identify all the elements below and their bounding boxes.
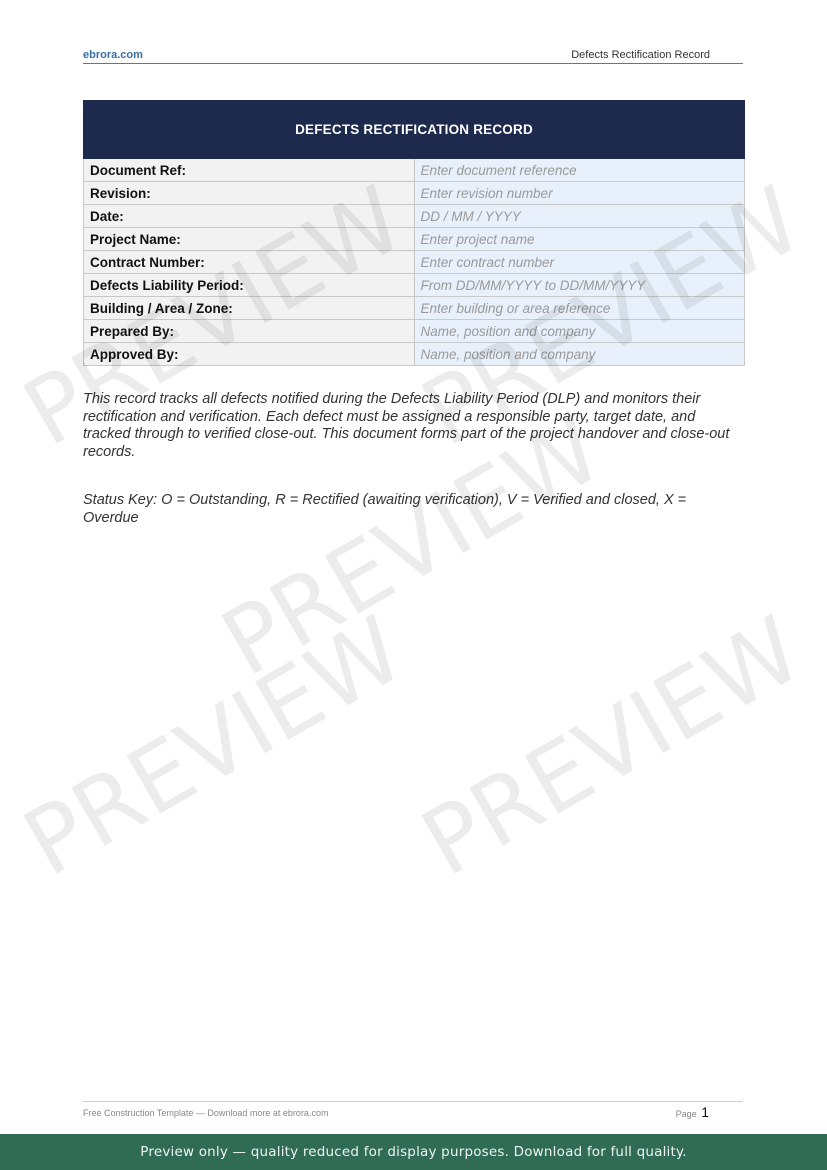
field-label-contract-number: Contract Number: — [84, 251, 415, 274]
watermark: PREVIEW — [405, 596, 819, 897]
field-label-date: Date: — [84, 205, 415, 228]
page-indicator: Page 1 — [676, 1104, 709, 1120]
approved-by-field[interactable]: Name, position and company — [414, 343, 745, 366]
preview-banner: Preview only — quality reduced for displ… — [0, 1134, 827, 1170]
field-label-defects-liability-period: Defects Liability Period: — [84, 274, 415, 297]
document-ref-field[interactable]: Enter document reference — [414, 159, 745, 182]
date-field[interactable]: DD / MM / YYYY — [414, 205, 745, 228]
table-row: Approved By: Name, position and company — [84, 343, 745, 366]
table-row: Contract Number: Enter contract number — [84, 251, 745, 274]
header-document-title: Defects Rectification Record — [571, 49, 710, 61]
field-label-project-name: Project Name: — [84, 228, 415, 251]
watermark: PREVIEW — [7, 596, 421, 897]
table-row: Building / Area / Zone: Enter building o… — [84, 297, 745, 320]
field-label-building-area-zone: Building / Area / Zone: — [84, 297, 415, 320]
table-row: Defects Liability Period: From DD/MM/YYY… — [84, 274, 745, 297]
field-label-revision: Revision: — [84, 182, 415, 205]
form-title: DEFECTS RECTIFICATION RECORD — [84, 101, 745, 159]
field-label-prepared-by: Prepared By: — [84, 320, 415, 343]
page-label: Page — [676, 1109, 697, 1119]
brand-link[interactable]: ebrora.com — [83, 49, 143, 61]
table-row: Project Name: Enter project name — [84, 228, 745, 251]
prepared-by-field[interactable]: Name, position and company — [414, 320, 745, 343]
status-key: Status Key: O = Outstanding, R = Rectifi… — [83, 492, 743, 527]
field-label-document-ref: Document Ref: — [84, 159, 415, 182]
table-row: Date: DD / MM / YYYY — [84, 205, 745, 228]
footer-text: Free Construction Template — Download mo… — [83, 1108, 328, 1118]
page-footer: Free Construction Template — Download mo… — [83, 1101, 743, 1122]
contract-number-field[interactable]: Enter contract number — [414, 251, 745, 274]
building-area-zone-field[interactable]: Enter building or area reference — [414, 297, 745, 320]
page-header: ebrora.com Defects Rectification Record — [83, 48, 743, 64]
table-row: Revision: Enter revision number — [84, 182, 745, 205]
intro-paragraph: This record tracks all defects notified … — [83, 391, 743, 461]
table-row: Prepared By: Name, position and company — [84, 320, 745, 343]
table-row: Document Ref: Enter document reference — [84, 159, 745, 182]
defects-liability-period-field[interactable]: From DD/MM/YYYY to DD/MM/YYYY — [414, 274, 745, 297]
project-name-field[interactable]: Enter project name — [414, 228, 745, 251]
page-number: 1 — [701, 1104, 709, 1120]
document-info-table: DEFECTS RECTIFICATION RECORD Document Re… — [83, 100, 745, 366]
field-label-approved-by: Approved By: — [84, 343, 415, 366]
revision-field[interactable]: Enter revision number — [414, 182, 745, 205]
